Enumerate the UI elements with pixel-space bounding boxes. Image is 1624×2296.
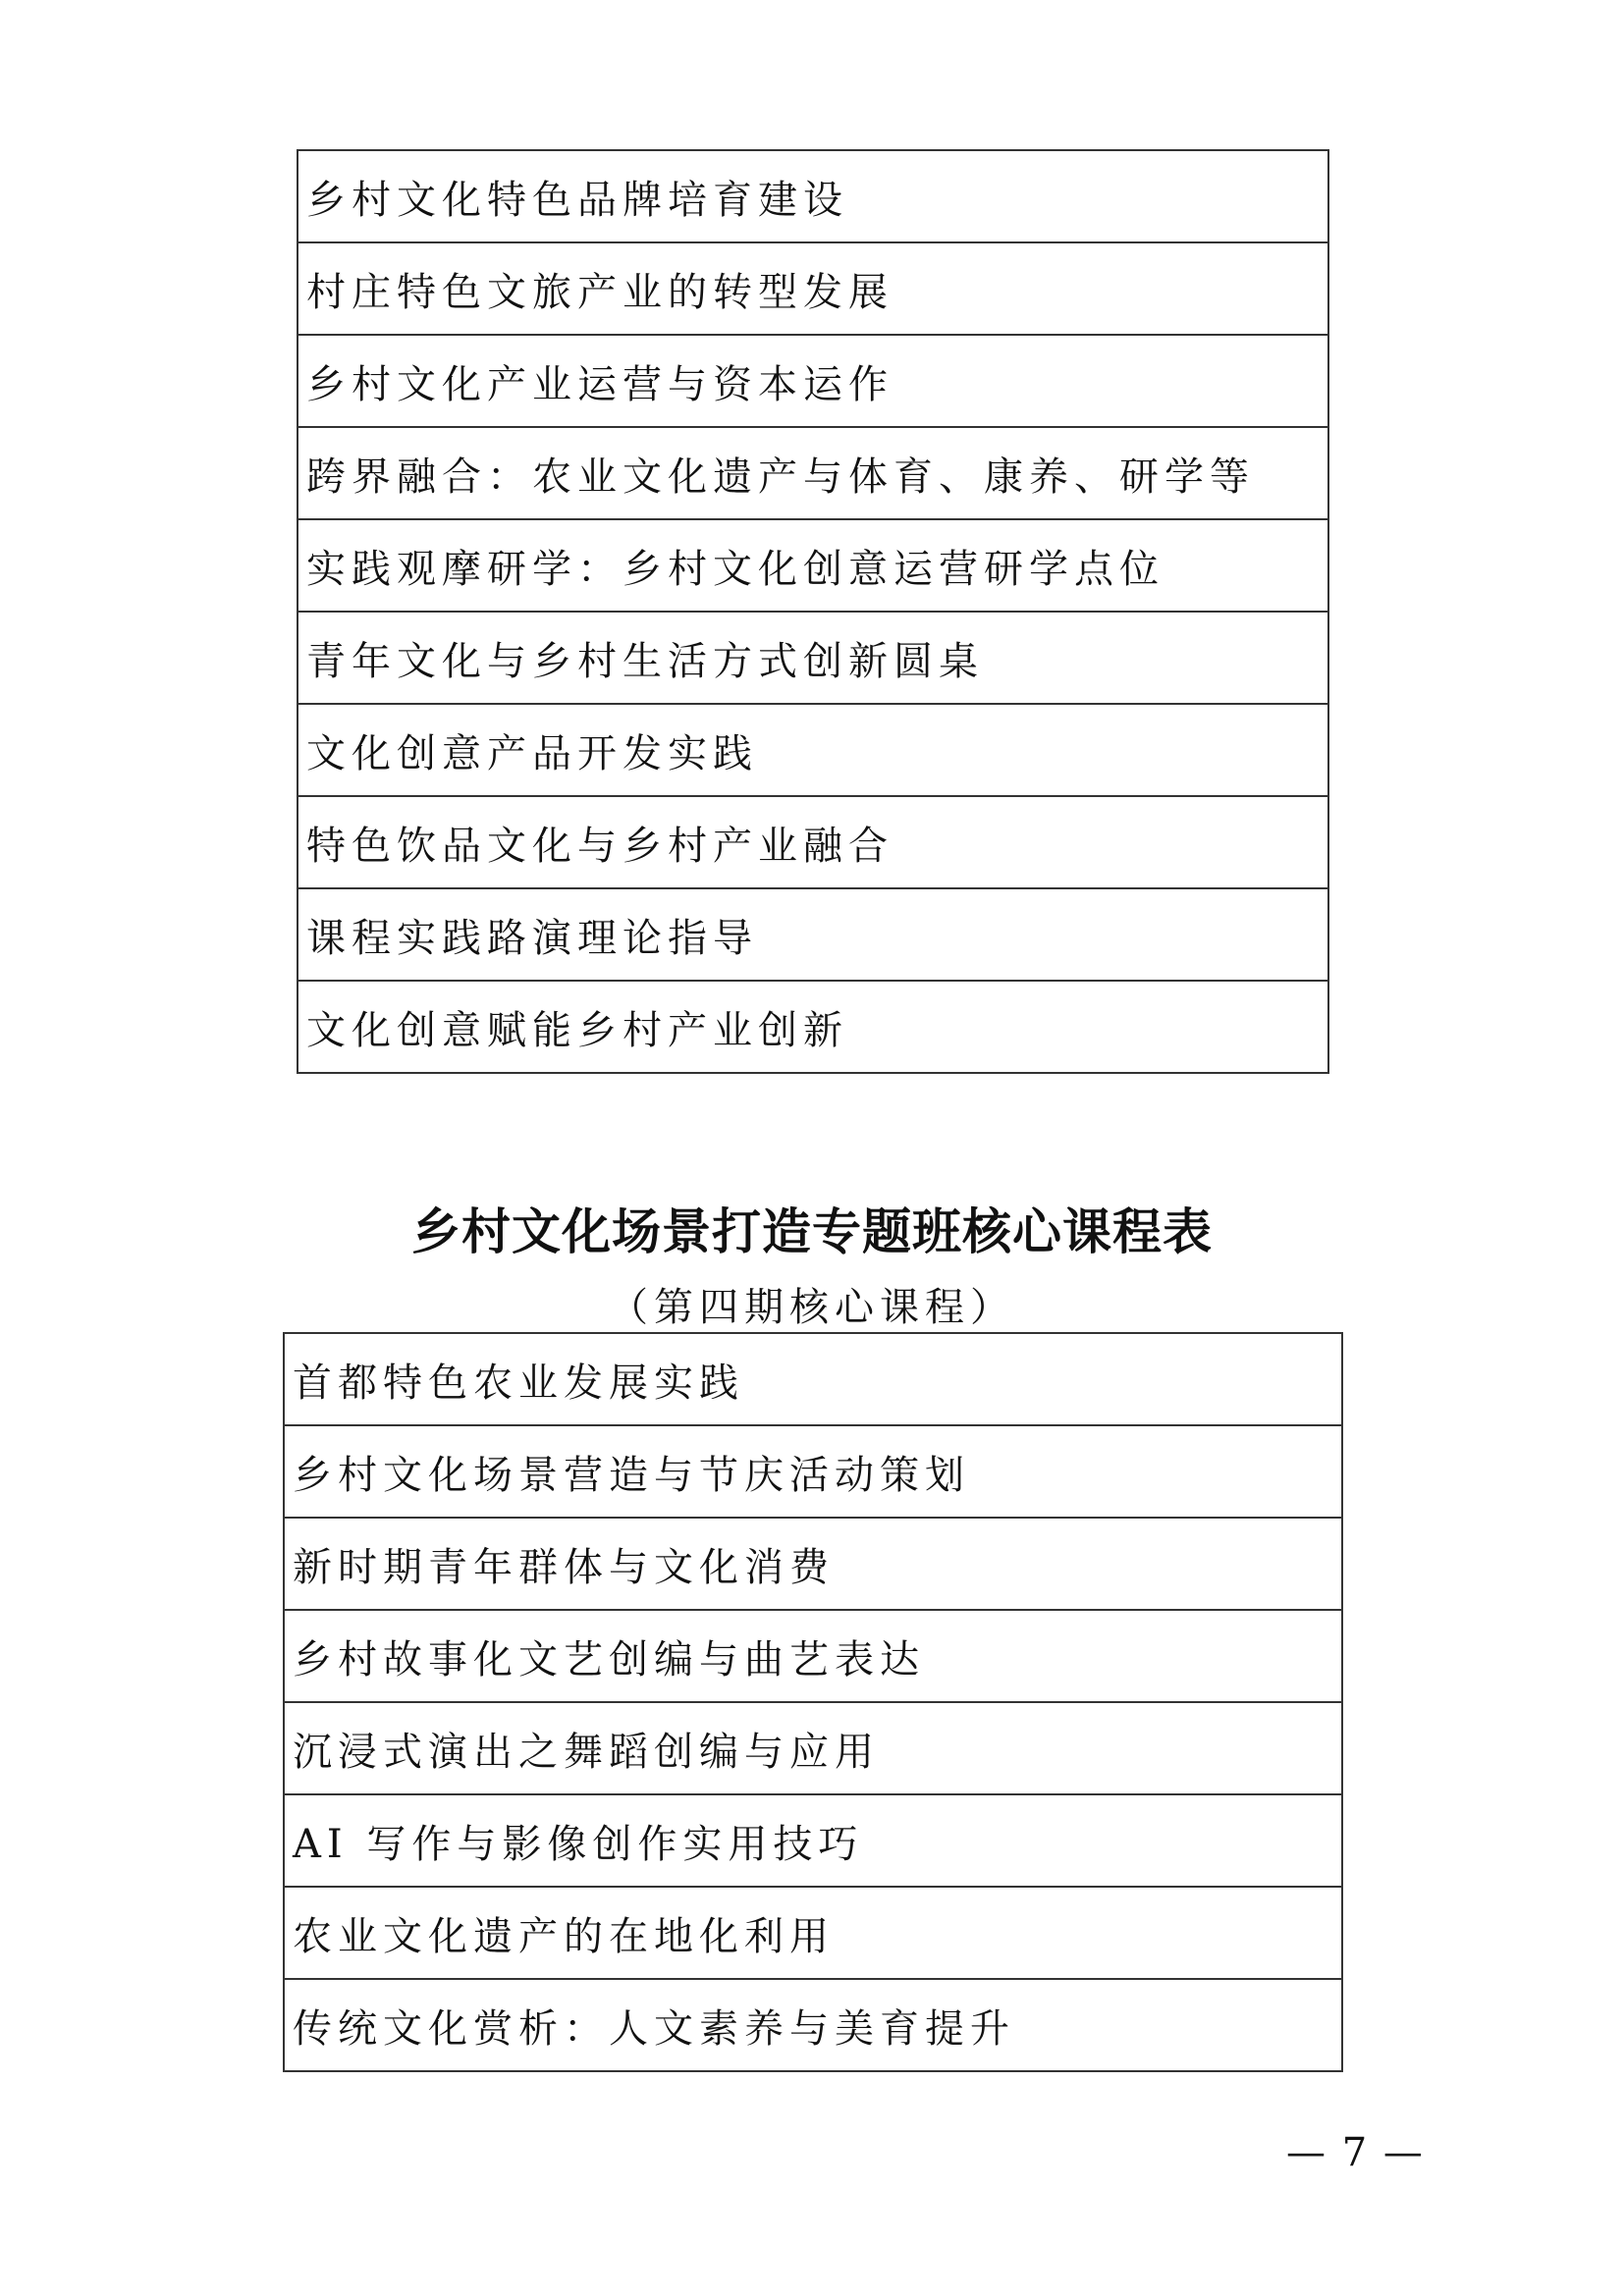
table-row: 乡村文化场景营造与节庆活动策划 bbox=[284, 1425, 1342, 1518]
course-cell: 沉浸式演出之舞蹈创编与应用 bbox=[284, 1702, 1342, 1794]
section-title: 乡村文化场景打造专题班核心课程表 bbox=[0, 1193, 1624, 1263]
table-row: 乡村文化特色品牌培育建设 bbox=[298, 150, 1328, 242]
table-row: 文化创意产品开发实践 bbox=[298, 704, 1328, 796]
table-row: 特色饮品文化与乡村产业融合 bbox=[298, 796, 1328, 888]
course-cell: 新时期青年群体与文化消费 bbox=[284, 1518, 1342, 1610]
table-row: 沉浸式演出之舞蹈创编与应用 bbox=[284, 1702, 1342, 1794]
course-cell: 实践观摩研学：乡村文化创意运营研学点位 bbox=[298, 519, 1328, 612]
table-row: 传统文化赏析：人文素养与美育提升 bbox=[284, 1979, 1342, 2071]
course-table-fourth-session: 首都特色农业发展实践 乡村文化场景营造与节庆活动策划 新时期青年群体与文化消费 … bbox=[283, 1332, 1343, 2072]
course-cell: 乡村文化特色品牌培育建设 bbox=[298, 150, 1328, 242]
course-cell: 课程实践路演理论指导 bbox=[298, 888, 1328, 981]
course-cell: 首都特色农业发展实践 bbox=[284, 1333, 1342, 1425]
course-cell: 村庄特色文旅产业的转型发展 bbox=[298, 242, 1328, 335]
table-row: 乡村文化产业运营与资本运作 bbox=[298, 335, 1328, 427]
table-row: 实践观摩研学：乡村文化创意运营研学点位 bbox=[298, 519, 1328, 612]
course-cell: 传统文化赏析：人文素养与美育提升 bbox=[284, 1979, 1342, 2071]
course-cell: 乡村文化场景营造与节庆活动策划 bbox=[284, 1425, 1342, 1518]
table-row: 跨界融合：农业文化遗产与体育、康养、研学等 bbox=[298, 427, 1328, 519]
table-row: 青年文化与乡村生活方式创新圆桌 bbox=[298, 612, 1328, 704]
table-row: 村庄特色文旅产业的转型发展 bbox=[298, 242, 1328, 335]
table-row: 农业文化遗产的在地化利用 bbox=[284, 1887, 1342, 1979]
table-row: 新时期青年群体与文化消费 bbox=[284, 1518, 1342, 1610]
course-cell: AI 写作与影像创作实用技巧 bbox=[284, 1794, 1342, 1887]
table-row: 文化创意赋能乡村产业创新 bbox=[298, 981, 1328, 1073]
page-number: — 7 — bbox=[1286, 2130, 1425, 2175]
course-cell: 文化创意产品开发实践 bbox=[298, 704, 1328, 796]
course-cell: 特色饮品文化与乡村产业融合 bbox=[298, 796, 1328, 888]
course-cell: 乡村文化产业运营与资本运作 bbox=[298, 335, 1328, 427]
course-cell: 跨界融合：农业文化遗产与体育、康养、研学等 bbox=[298, 427, 1328, 519]
course-cell: 农业文化遗产的在地化利用 bbox=[284, 1887, 1342, 1979]
table-row: 课程实践路演理论指导 bbox=[298, 888, 1328, 981]
section-subtitle: （第四期核心课程） bbox=[0, 1276, 1624, 1332]
course-cell: 文化创意赋能乡村产业创新 bbox=[298, 981, 1328, 1073]
course-cell: 乡村故事化文艺创编与曲艺表达 bbox=[284, 1610, 1342, 1702]
table-row: 首都特色农业发展实践 bbox=[284, 1333, 1342, 1425]
table-row: 乡村故事化文艺创编与曲艺表达 bbox=[284, 1610, 1342, 1702]
table-row: AI 写作与影像创作实用技巧 bbox=[284, 1794, 1342, 1887]
course-table-previous: 乡村文化特色品牌培育建设 村庄特色文旅产业的转型发展 乡村文化产业运营与资本运作… bbox=[297, 149, 1329, 1074]
course-cell: 青年文化与乡村生活方式创新圆桌 bbox=[298, 612, 1328, 704]
